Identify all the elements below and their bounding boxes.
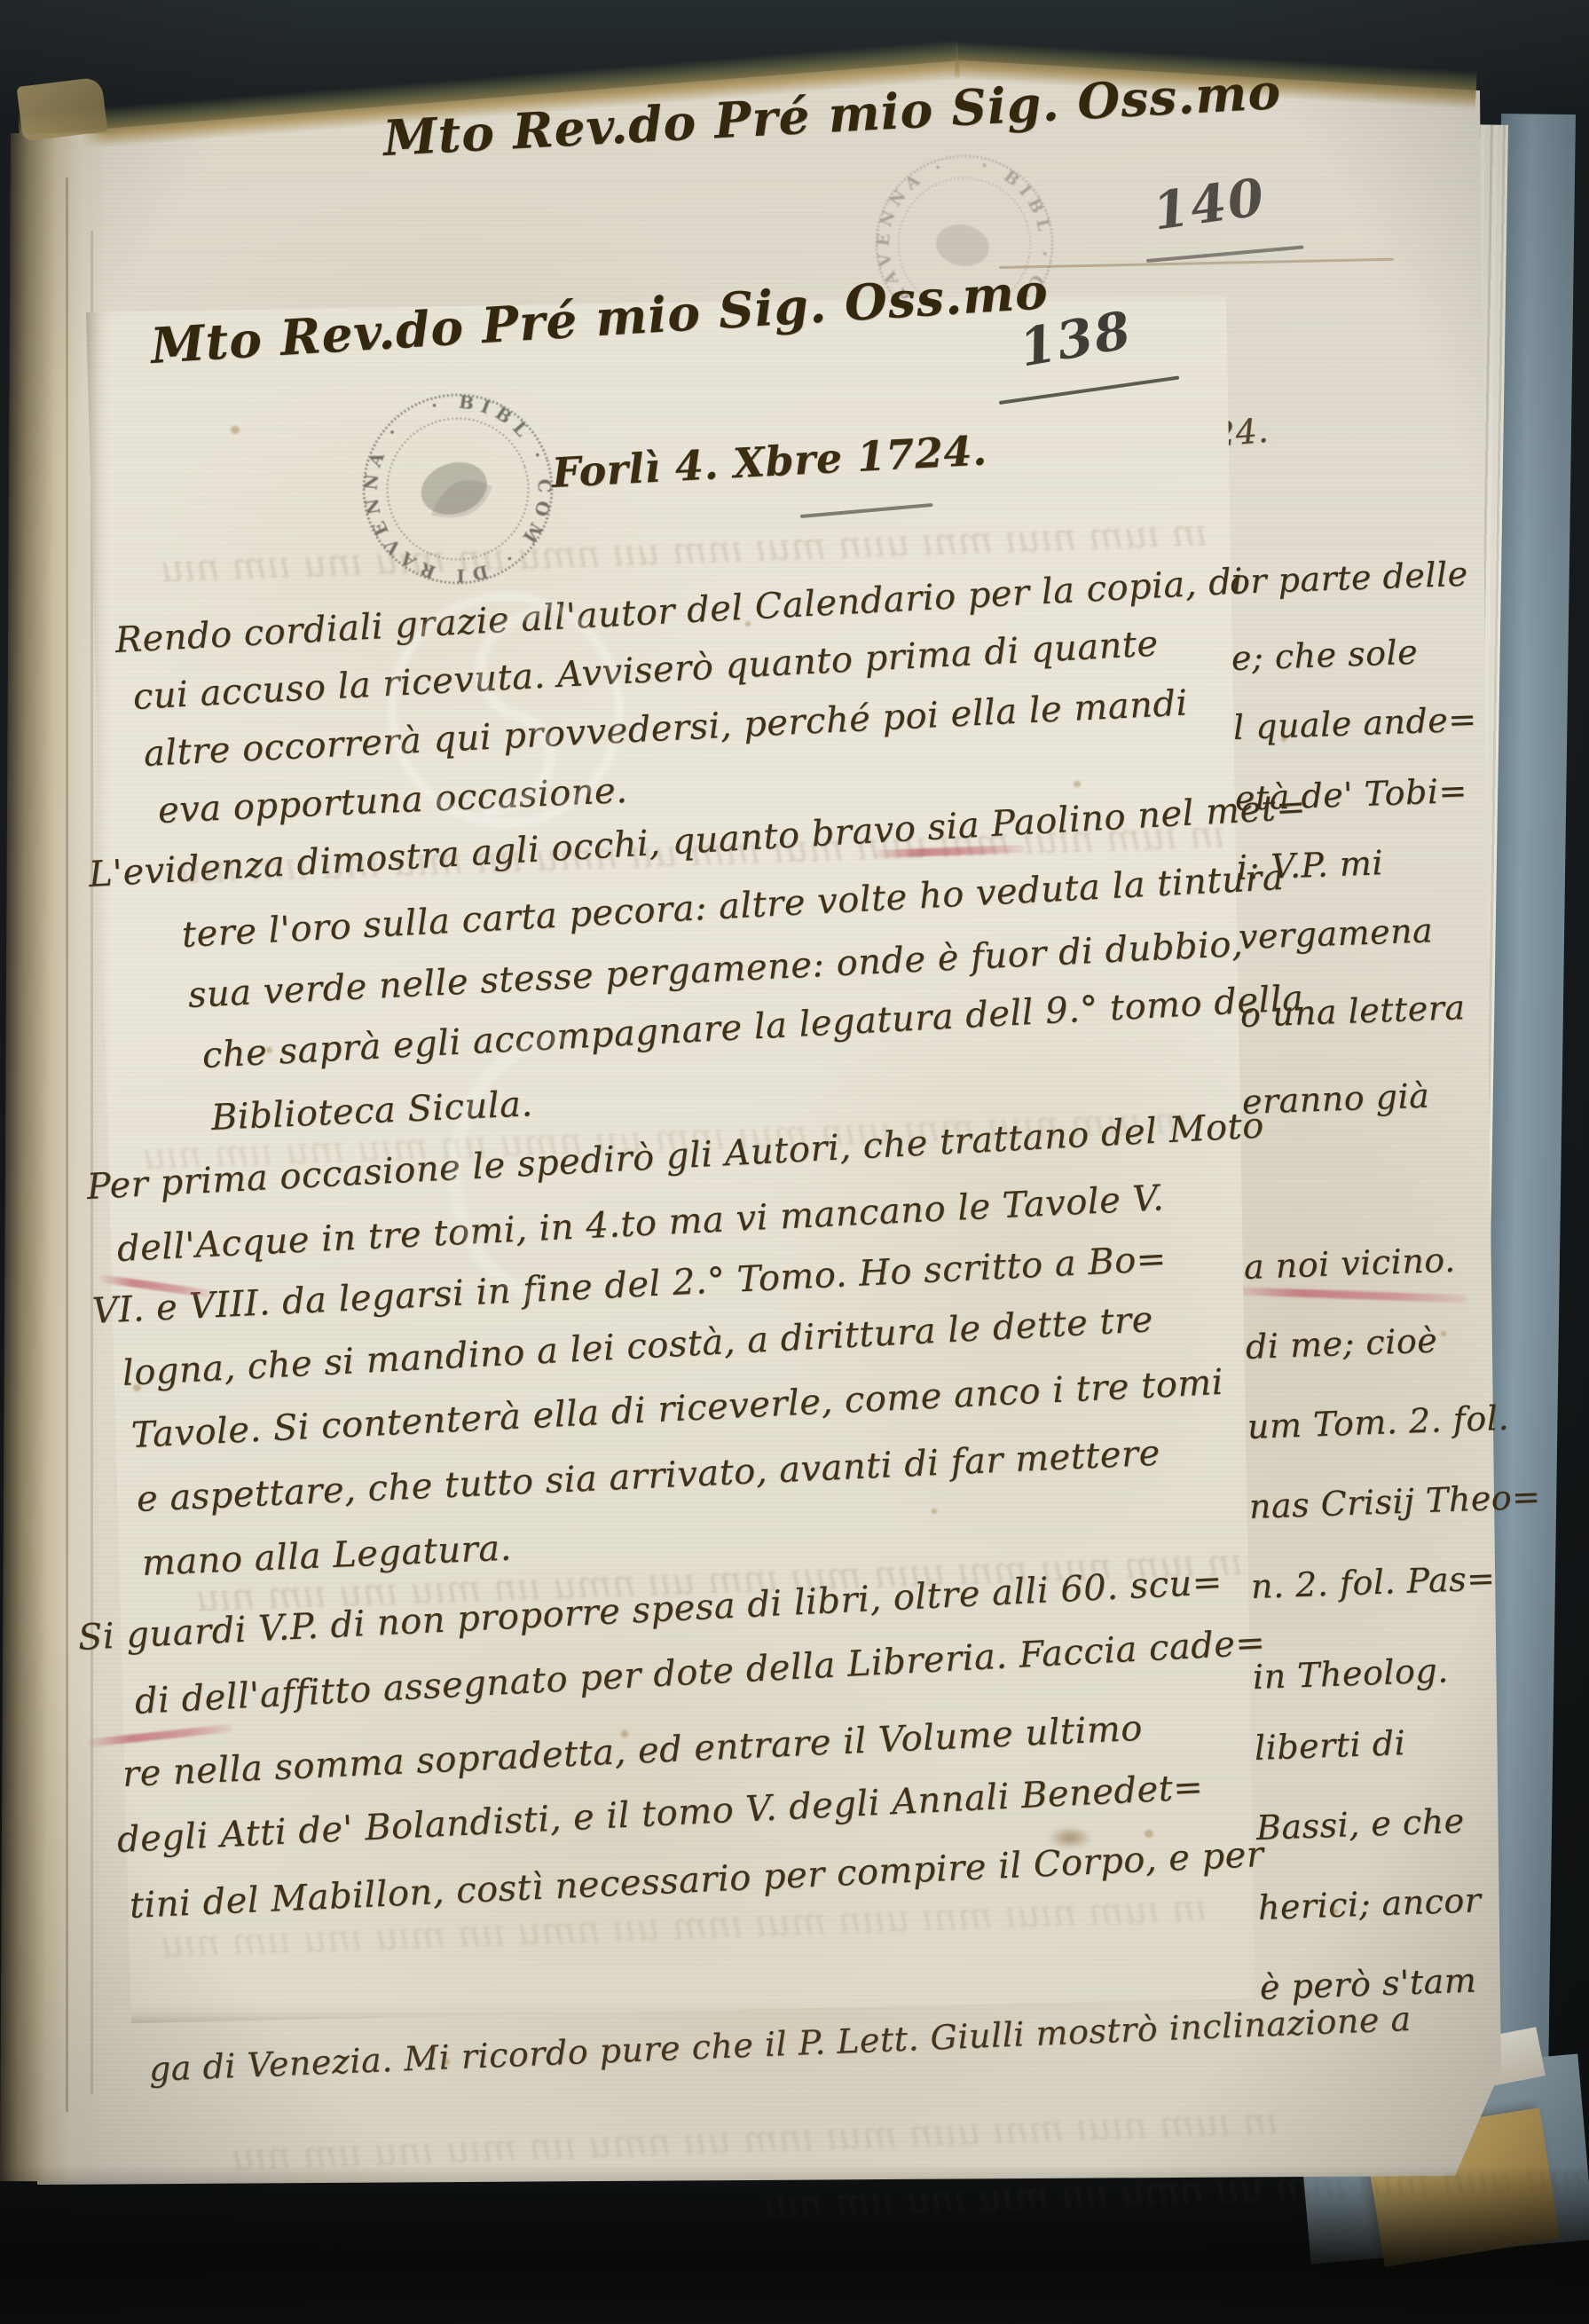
ink-smudge — [1047, 1826, 1093, 1849]
right-fragment: nas Crisij Theo= — [1248, 1479, 1541, 1526]
manuscript-photo: Mto Rev.do Pré mio Sig. Oss.mo 140 24. ·… — [0, 0, 1589, 2324]
right-fragment: e; che sole — [1231, 634, 1419, 678]
right-fragment: in Theolog. — [1252, 1652, 1449, 1696]
right-fragment: Bassi, e che — [1255, 1803, 1465, 1847]
right-fragment: herici; ancor — [1257, 1882, 1482, 1927]
right-fragment: di me; cioè — [1245, 1322, 1438, 1366]
right-fragment: eranno già — [1241, 1078, 1430, 1122]
right-fragment: liberti di — [1254, 1725, 1406, 1768]
right-fragment: a noi vicino. — [1243, 1242, 1456, 1287]
digitization-watermark — [355, 559, 657, 1446]
right-fragment: vergamena — [1238, 912, 1434, 956]
folio-number-140: 140 — [1150, 171, 1269, 238]
